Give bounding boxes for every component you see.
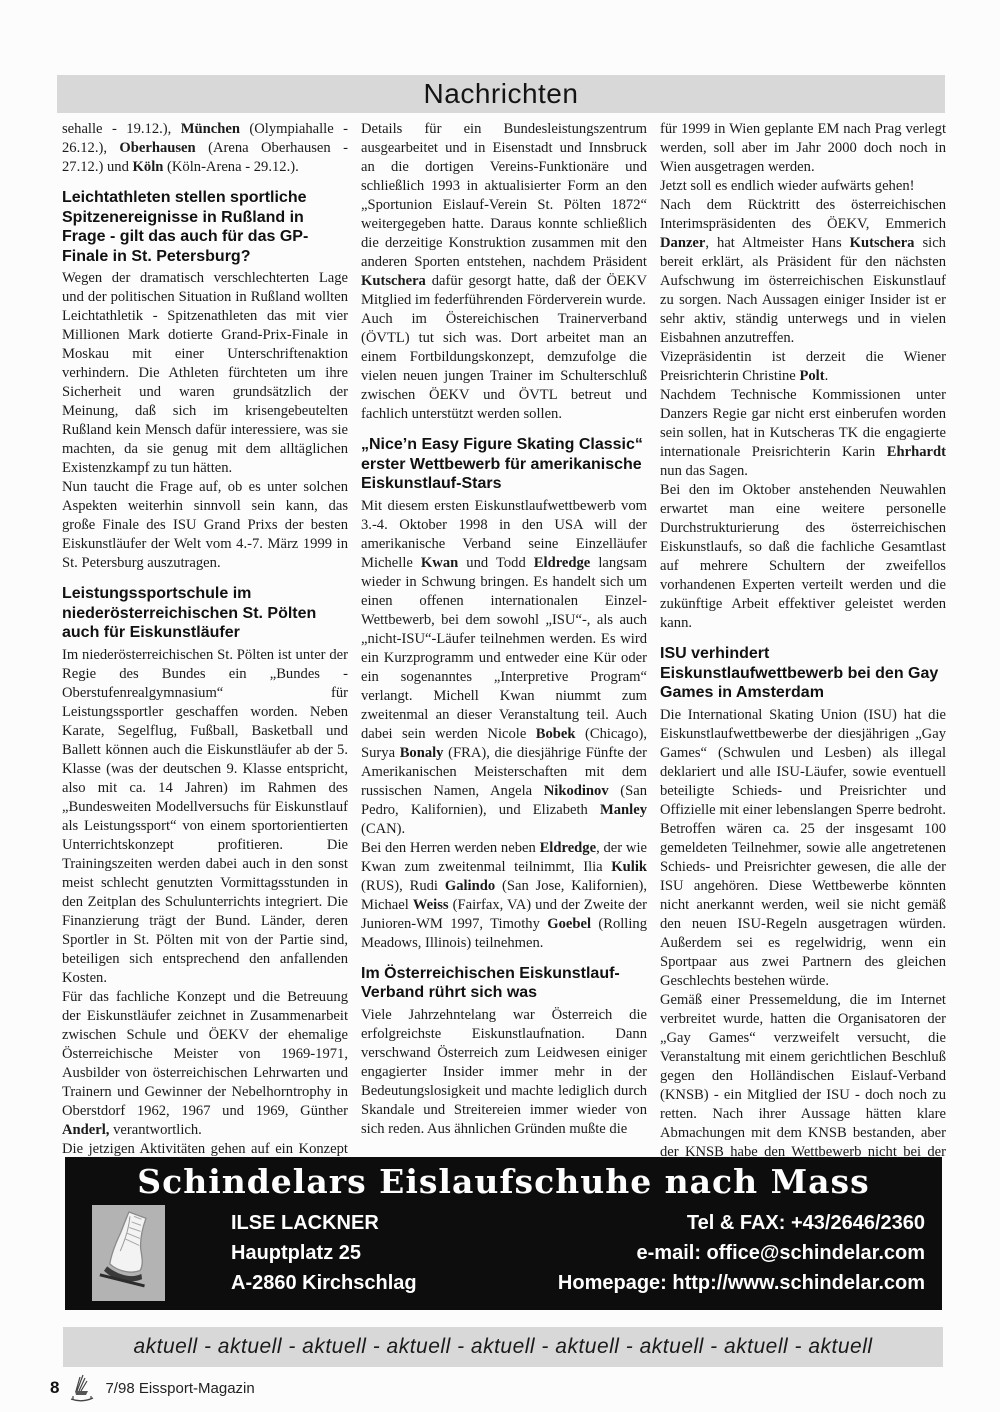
magazine-page: Nachrichten sehalle - 19.12.), München (… (0, 0, 1000, 1412)
ad-contact-line: Tel & FAX: +43/2646/2360 (558, 1208, 925, 1238)
ad-contact-line: ILSE LACKNER (231, 1208, 417, 1238)
ad-headline: Schindelars Eislaufschuhe nach Mass (65, 1162, 942, 1202)
ad-content-row: ILSE LACKNERHauptplatz 25A-2860 Kirchsch… (65, 1205, 942, 1301)
paragraph: Die International Skating Union (ISU) ha… (660, 706, 946, 991)
aktuell-banner-text: aktuell - aktuell - aktuell - aktuell - … (133, 1335, 872, 1359)
paragraph: Im niederösterreichischen St. Pölten ist… (62, 646, 348, 988)
ad-contact-line: e-mail: office@schindelar.com (558, 1238, 925, 1268)
page-footer: 8 7/98 Eissport-Magazin (50, 1372, 255, 1404)
paragraph: Bei den im Oktober anstehenden Neuwahlen… (660, 481, 946, 633)
paragraph: sehalle - 19.12.), München (Olympiahalle… (62, 120, 348, 177)
article-columns: sehalle - 19.12.), München (Olympiahalle… (62, 120, 946, 1157)
advertisement-banner: Schindelars Eislaufschuhe nach Mass ILSE… (65, 1157, 942, 1310)
paragraph: Die jetzigen Aktivitäten gehen auf ein K… (62, 1140, 348, 1158)
page-title: Nachrichten (424, 78, 579, 110)
ad-contact-address: ILSE LACKNERHauptplatz 25A-2860 Kirchsch… (231, 1208, 417, 1298)
paragraph: Viele Jahrzehntelang war Österreich die … (361, 1006, 647, 1139)
paragraph: Nach dem Rücktritt des österreichischen … (660, 196, 946, 348)
ad-contact-line: Homepage: http://www.schindelar.com (558, 1268, 925, 1298)
ad-contact-line: A-2860 Kirchschlag (231, 1268, 417, 1298)
figure-skate-photo (92, 1205, 165, 1301)
paragraph: Auch im Östereichischen Trainerverband (… (361, 310, 647, 424)
paragraph: Wegen der dramatisch verschlechterten La… (62, 269, 348, 478)
column-right: für 1999 in Wien geplante EM nach Prag v… (660, 120, 946, 1157)
ad-contact-line: Hauptplatz 25 (231, 1238, 417, 1268)
paragraph: Mit diesem ersten Eiskunstlaufwettbewerb… (361, 497, 647, 839)
paragraph: Jetzt soll es endlich wieder aufwärts ge… (660, 177, 946, 196)
paragraph: Vizepräsidentin ist derzeit die Wiener P… (660, 348, 946, 386)
paragraph: Gemäß einer Pressemeldung, die im Intern… (660, 991, 946, 1158)
column-left: sehalle - 19.12.), München (Olympiahalle… (62, 120, 348, 1157)
paragraph: Nun taucht die Frage auf, ob es unter so… (62, 478, 348, 573)
paragraph: Für das fachliche Konzept und die Betreu… (62, 988, 348, 1140)
page-header-bar: Nachrichten (57, 75, 945, 113)
paragraph: Details für ein Bundesleistungszentrum a… (361, 120, 647, 310)
aktuell-banner: aktuell - aktuell - aktuell - aktuell - … (63, 1327, 943, 1367)
section-heading: Leichtathleten stellen sportliche Spitze… (62, 188, 348, 266)
section-heading: Leistungssportschule im niederösterreich… (62, 584, 348, 643)
paragraph: Bei den Herren werden neben Eldredge, de… (361, 839, 647, 953)
section-heading: Im Österreichischen Eiskunstlauf-Verband… (361, 964, 647, 1003)
section-heading: ISU verhindert Eiskunstlaufwettbewerb be… (660, 644, 946, 703)
section-heading: „Nice’n Easy Figure Skating Classic“ ers… (361, 435, 647, 494)
paragraph: für 1999 in Wien geplante EM nach Prag v… (660, 120, 946, 177)
skate-logo-icon (67, 1373, 97, 1403)
ad-contact-info: Tel & FAX: +43/2646/2360e-mail: office@s… (558, 1208, 925, 1298)
column-middle: Details für ein Bundesleistungszentrum a… (361, 120, 647, 1157)
page-number: 8 (50, 1378, 59, 1398)
paragraph: Nachdem Technische Kommissionen unter Da… (660, 386, 946, 481)
issue-label: 7/98 Eissport-Magazin (105, 1380, 254, 1397)
